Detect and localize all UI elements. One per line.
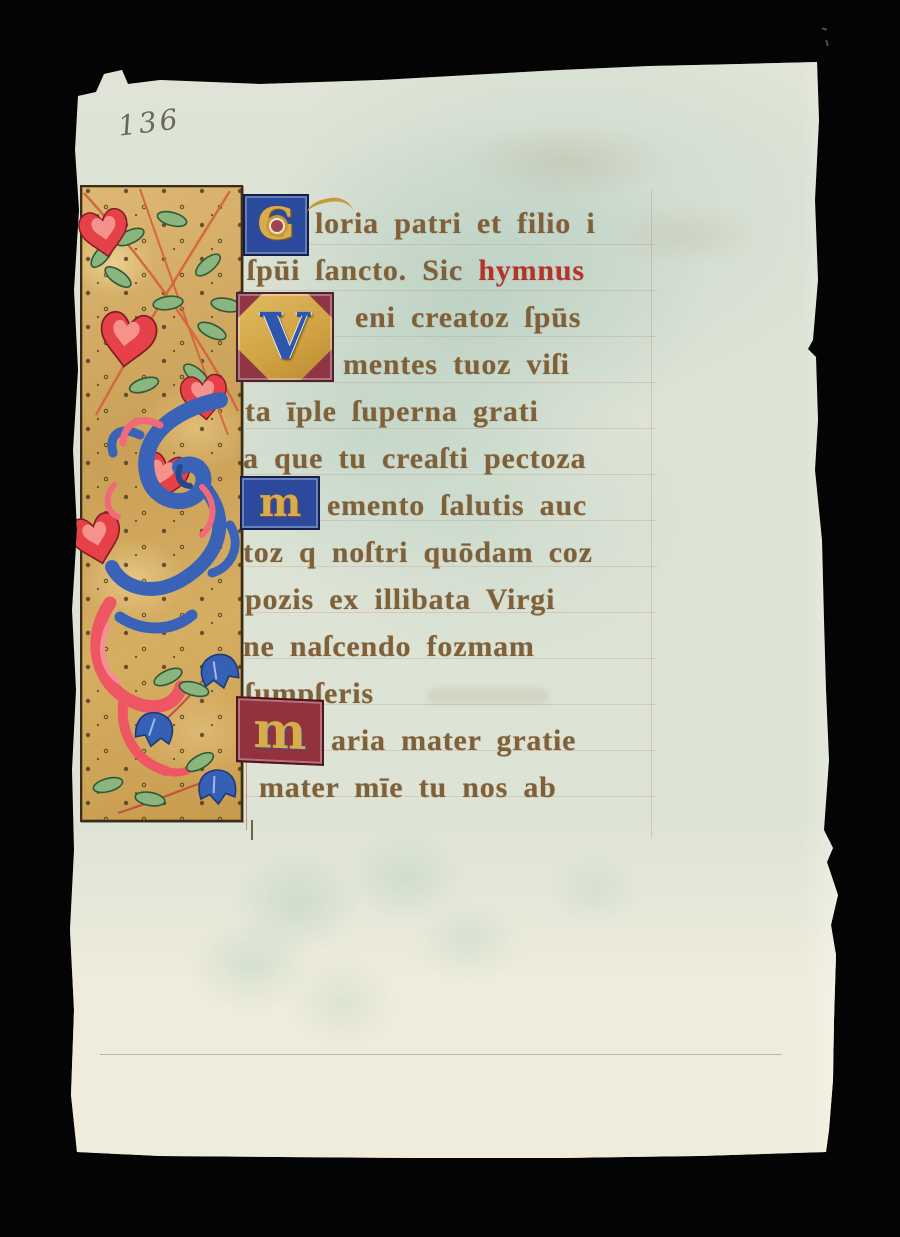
line-words: mater mīe tu nos ab: [259, 771, 557, 804]
text-line: ne naſcendo fozmam: [243, 623, 688, 670]
lower-ruling-line: [100, 1054, 782, 1055]
border-decoration: [80, 185, 243, 822]
folio-number: 136: [116, 102, 182, 142]
text-line: ſpūi ſancto. Sic hymnus: [243, 247, 692, 294]
text-line: pozis ex illibata Virgi: [243, 576, 690, 623]
line-words: pozis ex illibata Virgi: [245, 583, 555, 616]
text-block: loria patri et filio iGſpūi ſancto. Sic …: [243, 200, 688, 830]
line-words: loria patri et filio i: [315, 207, 596, 240]
text-line: mater mīe tu nos ab: [243, 764, 704, 811]
line-words: a que tu creaſti pectoza: [243, 442, 586, 475]
text-line: a que tu creaſti pectoza: [243, 435, 688, 482]
line-words: eni creatoz ſpūs: [355, 301, 581, 334]
line-words: aria mater gratie: [331, 724, 576, 757]
line-words: ta īple ſuperna grati: [245, 395, 539, 428]
initial-letter: G: [257, 203, 295, 247]
photograph-black-background: 136: [0, 0, 900, 1237]
initial-letter: M: [259, 483, 301, 523]
line-words: mentes tuoz viſi: [343, 348, 570, 381]
text-line: mentes tuoz viſi: [243, 341, 788, 388]
line-words: ne naſcendo fozmam: [243, 630, 535, 663]
margin-speck: [822, 27, 827, 31]
manuscript-leaf: 136: [0, 0, 900, 1237]
illuminated-initial-m: M: [236, 696, 324, 766]
line-words: emento ſalutis auc: [327, 489, 587, 522]
illuminated-initial-m: M: [240, 476, 320, 530]
line-words: toz q noſtri quōdam coz: [243, 536, 593, 569]
text-line: toz q noſtri quōdam coz: [243, 529, 688, 576]
text-line: ta īple ſuperna grati: [243, 388, 690, 435]
show-through-smudge: [428, 688, 548, 704]
rubric-text: hymnus: [478, 254, 585, 287]
line-words: ſpūi ſancto. Sic: [247, 254, 478, 287]
margin-speck: [825, 40, 828, 46]
initial-letter: M: [254, 705, 307, 757]
illuminated-border-panel: [80, 185, 243, 822]
text-line: emento ſalutis auc: [243, 482, 772, 529]
